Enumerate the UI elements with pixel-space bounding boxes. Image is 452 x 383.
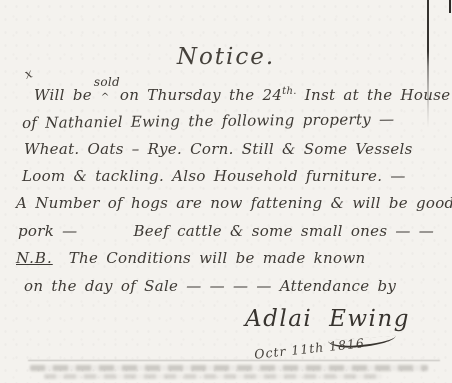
date-line: Octr 11th 1816: [254, 335, 366, 362]
notice-line-7: N.B.The Conditions will be made known: [16, 247, 365, 269]
line1-caret-mark: ^: [101, 87, 110, 109]
scanned-notice-page: Notice. x Will besold^on Thursday the 24…: [0, 0, 452, 383]
notice-line-2: of Nathaniel Ewing the following propert…: [22, 108, 395, 134]
line6-left: pork —: [18, 222, 77, 240]
bleed-through-band: [0, 360, 452, 382]
notice-line-1: Will besold^on Thursday the 24th. Inst a…: [34, 81, 450, 106]
line1-pre: Will be: [34, 86, 92, 104]
notice-line-3: Wheat. Oats – Rye. Corn. Still & Some Ve…: [24, 138, 413, 160]
edge-tick-artifact: [449, 0, 451, 13]
notice-line-4: Loom & tackling. Also Household furnitur…: [22, 165, 406, 187]
nota-bene-label: N.B.: [16, 249, 53, 267]
line1-mid: on Thursday the 24: [120, 86, 282, 104]
line1-insertion: sold^: [92, 85, 120, 100]
line6-right: Beef cattle & some small ones — —: [133, 222, 434, 240]
line7-text: The Conditions will be made known: [69, 249, 366, 267]
bleed-through-text-row: [30, 365, 428, 371]
signature: Adlai Ewing: [245, 306, 410, 332]
line1-post: Inst at the House: [305, 86, 451, 104]
bleed-through-text-row: [44, 374, 382, 379]
notice-line-8: on the day of Sale — — — — Attendance by: [24, 275, 396, 297]
notice-title: Notice.: [0, 44, 452, 70]
line1-ordinal-suffix: th.: [282, 86, 297, 97]
notice-line-5: A Number of hogs are now fattening & wil…: [16, 192, 452, 214]
notice-line-6: pork —Beef cattle & some small ones — —: [18, 220, 434, 242]
bleed-through-rule: [28, 360, 440, 361]
